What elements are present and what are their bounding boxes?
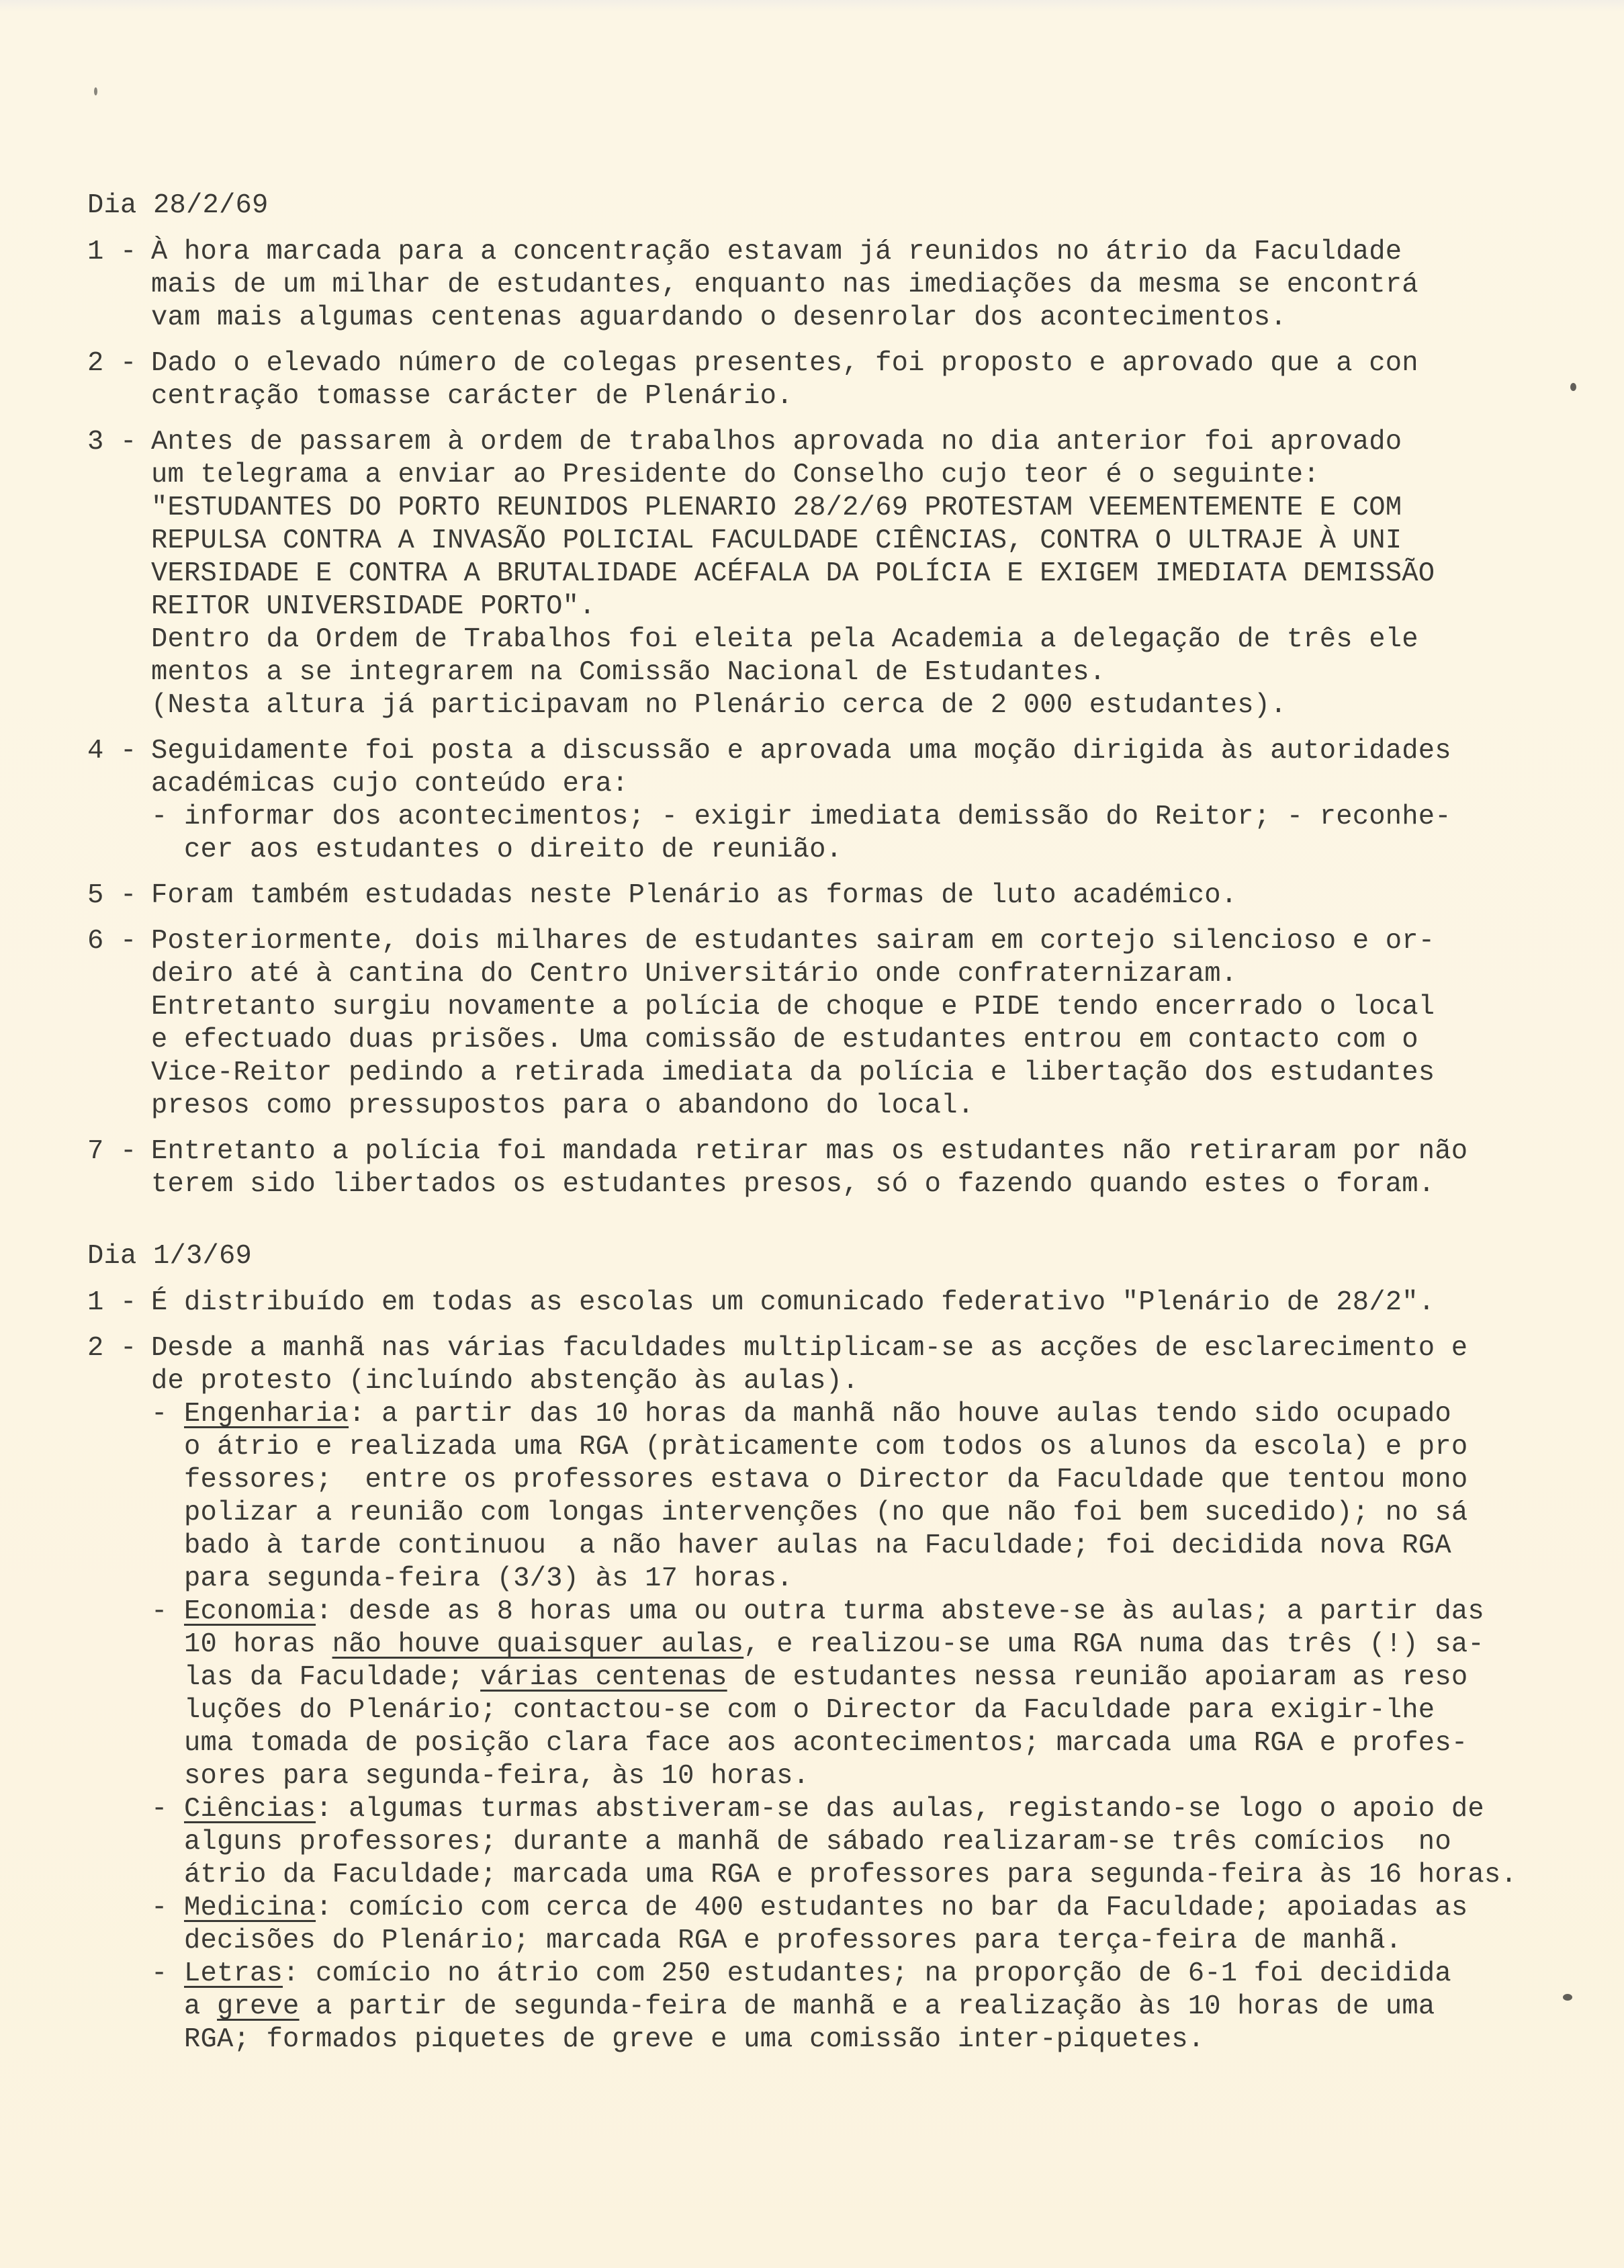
numbered-item: 7 - Entretanto a polícia foi mandada ret…: [87, 1135, 1538, 1201]
numbered-item: 6 - Posteriormente, dois milhares de est…: [87, 925, 1538, 1123]
indent: [151, 1629, 184, 1660]
text-segment: : algumas turmas abstiveram-se das aulas…: [316, 1794, 1484, 1825]
ink-smudge: [1570, 383, 1576, 391]
text-segment: a partir de segunda-feira de manhã e a r…: [300, 1991, 1435, 2022]
faculty-entry: - Letras: comício no átrio com 250 estud…: [151, 1958, 1538, 2056]
indent: [151, 2024, 184, 2055]
item-number: 3 -: [87, 426, 151, 722]
text-line: para segunda-feira (3/3) às 17 horas.: [151, 1563, 1538, 1596]
text-line: fessores; entre os professores estava o …: [151, 1464, 1538, 1497]
text-line: presos como pressupostos para o abandono…: [151, 1090, 1538, 1123]
text-segment: polizar a reunião com longas intervençõe…: [184, 1497, 1468, 1528]
faculty-name: Engenharia: [184, 1399, 349, 1430]
text-segment: para segunda-feira (3/3) às 17 horas.: [184, 1563, 793, 1594]
text-segment: átrio da Faculdade; marcada uma RGA e pr…: [184, 1860, 1517, 1890]
text-line: - Economia: desde as 8 horas uma ou outr…: [151, 1596, 1538, 1628]
text-line: decisões do Plenário; marcada RGA e prof…: [151, 1925, 1538, 1958]
item-number: 2 -: [87, 1332, 151, 2056]
item-number: 1 -: [87, 236, 151, 335]
numbered-item: 1 - À hora marcada para a concentração e…: [87, 236, 1538, 335]
text-line: - Letras: comício no átrio com 250 estud…: [151, 1958, 1538, 1991]
indent: [151, 1925, 184, 1956]
dash-bullet: -: [151, 1958, 184, 1989]
text-line: sores para segunda-feira, às 10 horas.: [151, 1760, 1538, 1793]
text-line: terem sido libertados os estudantes pres…: [151, 1168, 1538, 1201]
item-number: 2 -: [87, 347, 151, 413]
underlined-phrase: não houve quaisquer aulas: [332, 1629, 744, 1660]
faculty-name: Economia: [184, 1596, 316, 1627]
item-text: Seguidamente foi posta a discussão e apr…: [151, 735, 1538, 867]
underlined-phrase: várias centenas: [480, 1662, 727, 1693]
text-segment: decisões do Plenário; marcada RGA e prof…: [184, 1925, 1402, 1956]
item-number: 4 -: [87, 735, 151, 867]
item-text: É distribuído em todas as escolas um com…: [151, 1286, 1538, 1319]
faculty-entry: - Engenharia: a partir das 10 horas da m…: [151, 1398, 1538, 1596]
text-segment: : comício no átrio com 250 estudantes; n…: [283, 1958, 1451, 1989]
numbered-item: 4 - Seguidamente foi posta a discussão e…: [87, 735, 1538, 867]
indent: [151, 1991, 184, 2022]
indent: [151, 1563, 184, 1594]
numbered-item: 1 - É distribuído em todas as escolas um…: [87, 1286, 1538, 1319]
text-segment: : a partir das 10 horas da manhã não hou…: [349, 1399, 1451, 1430]
typewritten-document: Dia 28/2/69 1 - À hora marcada para a co…: [87, 189, 1538, 2069]
indent: [151, 1827, 184, 1858]
text-line: bado à tarde continuou a não haver aulas…: [151, 1530, 1538, 1563]
text-segment: a: [184, 1991, 217, 2022]
date-heading: Dia 28/2/69: [87, 189, 1538, 222]
text-line: deiro até à cantina do Centro Universitá…: [151, 958, 1538, 991]
text-segment: o átrio e realizada uma RGA (pràticament…: [184, 1432, 1468, 1463]
indent: [151, 1728, 184, 1759]
item-number: 1 -: [87, 1286, 151, 1319]
ink-smudge: [1563, 1994, 1572, 2001]
faculty-name: Ciências: [184, 1794, 316, 1825]
faculty-name: Letras: [184, 1958, 283, 1989]
faculty-name: Medicina: [184, 1892, 316, 1923]
text-line: Desde a manhã nas várias faculdades mult…: [151, 1332, 1538, 1365]
ink-smudge: [94, 87, 97, 95]
text-line: Entretanto surgiu novamente a polícia de…: [151, 991, 1538, 1024]
text-segment: luções do Plenário; contactou-se com o D…: [184, 1695, 1435, 1726]
item-text: Foram também estudadas neste Plenário as…: [151, 879, 1538, 912]
telegram-line: "ESTUDANTES DO PORTO REUNIDOS PLENARIO 2…: [151, 492, 1538, 525]
text-line: - Engenharia: a partir das 10 horas da m…: [151, 1398, 1538, 1431]
text-line: um telegrama a enviar ao Presidente do C…: [151, 459, 1538, 492]
indent: [151, 1695, 184, 1726]
dash-bullet: -: [151, 1794, 184, 1825]
text-line: de protesto (incluíndo abstenção às aula…: [151, 1365, 1538, 1398]
text-line: e efectuado duas prisões. Uma comissão d…: [151, 1024, 1538, 1057]
item-text: Antes de passarem à ordem de trabalhos a…: [151, 426, 1538, 722]
indent: [151, 1465, 184, 1495]
item-text: Dado o elevado número de colegas present…: [151, 347, 1538, 413]
dash-bullet: -: [151, 1596, 184, 1627]
text-line: - informar dos acontecimentos; - exigir …: [151, 801, 1538, 834]
item-number: 6 -: [87, 925, 151, 1123]
underlined-phrase: greve: [217, 1991, 300, 2022]
text-line: Antes de passarem à ordem de trabalhos a…: [151, 426, 1538, 459]
text-line: Seguidamente foi posta a discussão e apr…: [151, 735, 1538, 768]
text-line: - Ciências: algumas turmas abstiveram-se…: [151, 1793, 1538, 1826]
numbered-item: 5 - Foram também estudadas neste Plenári…: [87, 879, 1538, 912]
item-text: Entretanto a polícia foi mandada retirar…: [151, 1135, 1538, 1201]
text-line: vam mais algumas centenas aguardando o d…: [151, 302, 1538, 335]
indent: [151, 1860, 184, 1890]
telegram-line: REPULSA CONTRA A INVASÃO POLICIAL FACULD…: [151, 525, 1538, 558]
text-line: mentos a se integrarem na Comissão Nacio…: [151, 656, 1538, 689]
text-line: 10 horas não houve quaisquer aulas, e re…: [151, 1628, 1538, 1661]
telegram-line: VERSIDADE E CONTRA A BRUTALIDADE ACÉFALA…: [151, 558, 1538, 591]
text-line: RGA; formados piquetes de greve e uma co…: [151, 2023, 1538, 2056]
text-segment: bado à tarde continuou a não haver aulas…: [184, 1530, 1451, 1561]
text-segment: las da Faculdade;: [184, 1662, 480, 1693]
item-text: Desde a manhã nas várias faculdades mult…: [151, 1332, 1538, 2056]
text-line: Posteriormente, dois milhares de estudan…: [151, 925, 1538, 958]
text-line: Dentro da Ordem de Trabalhos foi eleita …: [151, 623, 1538, 656]
numbered-item: 2 - Dado o elevado número de colegas pre…: [87, 347, 1538, 413]
indent: [151, 1432, 184, 1463]
numbered-item: 2 - Desde a manhã nas várias faculdades …: [87, 1332, 1538, 2056]
text-segment: sores para segunda-feira, às 10 horas.: [184, 1761, 809, 1792]
text-segment: fessores; entre os professores estava o …: [184, 1465, 1468, 1495]
telegram-line: REITOR UNIVERSIDADE PORTO".: [151, 591, 1538, 623]
text-segment: 10 horas: [184, 1629, 332, 1660]
item-number: 7 -: [87, 1135, 151, 1201]
text-line: centração tomasse carácter de Plenário.: [151, 380, 1538, 413]
indent: [151, 1497, 184, 1528]
text-segment: de estudantes nessa reunião apoiaram as …: [727, 1662, 1468, 1693]
faculty-entry: - Ciências: algumas turmas abstiveram-se…: [151, 1793, 1538, 1892]
text-segment: uma tomada de posição clara face aos aco…: [184, 1728, 1468, 1759]
text-line: - Medicina: comício com cerca de 400 est…: [151, 1892, 1538, 1925]
text-line: polizar a reunião com longas intervençõe…: [151, 1497, 1538, 1530]
indent: [151, 1530, 184, 1561]
text-line: É distribuído em todas as escolas um com…: [151, 1286, 1538, 1319]
faculty-entry: - Economia: desde as 8 horas uma ou outr…: [151, 1596, 1538, 1793]
text-segment: : desde as 8 horas uma ou outra turma ab…: [316, 1596, 1484, 1627]
faculty-entry: - Medicina: comício com cerca de 400 est…: [151, 1892, 1538, 1958]
text-line: alguns professores; durante a manhã de s…: [151, 1826, 1538, 1859]
indent: [151, 1662, 184, 1693]
text-line: a greve a partir de segunda-feira de man…: [151, 1991, 1538, 2023]
text-line: o átrio e realizada uma RGA (pràticament…: [151, 1431, 1538, 1464]
text-line: académicas cujo conteúdo era:: [151, 768, 1538, 801]
dash-bullet: -: [151, 1399, 184, 1430]
text-line: (Nesta altura já participavam no Plenári…: [151, 689, 1538, 722]
text-line: uma tomada de posição clara face aos aco…: [151, 1727, 1538, 1760]
item-text: Posteriormente, dois milhares de estudan…: [151, 925, 1538, 1123]
text-line: las da Faculdade; várias centenas de est…: [151, 1661, 1538, 1694]
text-line: Vice-Reitor pedindo a retirada imediata …: [151, 1057, 1538, 1090]
text-line: átrio da Faculdade; marcada uma RGA e pr…: [151, 1859, 1538, 1892]
text-line: À hora marcada para a concentração estav…: [151, 236, 1538, 269]
text-line: luções do Plenário; contactou-se com o D…: [151, 1694, 1538, 1727]
text-line: mais de um milhar de estudantes, enquant…: [151, 269, 1538, 302]
numbered-item: 3 - Antes de passarem à ordem de trabalh…: [87, 426, 1538, 722]
text-line: Foram também estudadas neste Plenário as…: [151, 879, 1538, 912]
text-line: cer aos estudantes o direito de reunião.: [151, 834, 1538, 867]
indent: [151, 1761, 184, 1792]
item-text: À hora marcada para a concentração estav…: [151, 236, 1538, 335]
text-segment: , e realizou-se uma RGA numa das três (!…: [743, 1629, 1484, 1660]
text-segment: alguns professores; durante a manhã de s…: [184, 1827, 1451, 1858]
faculty-list: - Engenharia: a partir das 10 horas da m…: [151, 1398, 1538, 2056]
date-heading: Dia 1/3/69: [87, 1240, 1538, 1273]
text-segment: RGA; formados piquetes de greve e uma co…: [184, 2024, 1204, 2055]
dash-bullet: -: [151, 1892, 184, 1923]
item-number: 5 -: [87, 879, 151, 912]
text-line: Dado o elevado número de colegas present…: [151, 347, 1538, 380]
text-line: Entretanto a polícia foi mandada retirar…: [151, 1135, 1538, 1168]
text-segment: : comício com cerca de 400 estudantes no…: [316, 1892, 1468, 1923]
